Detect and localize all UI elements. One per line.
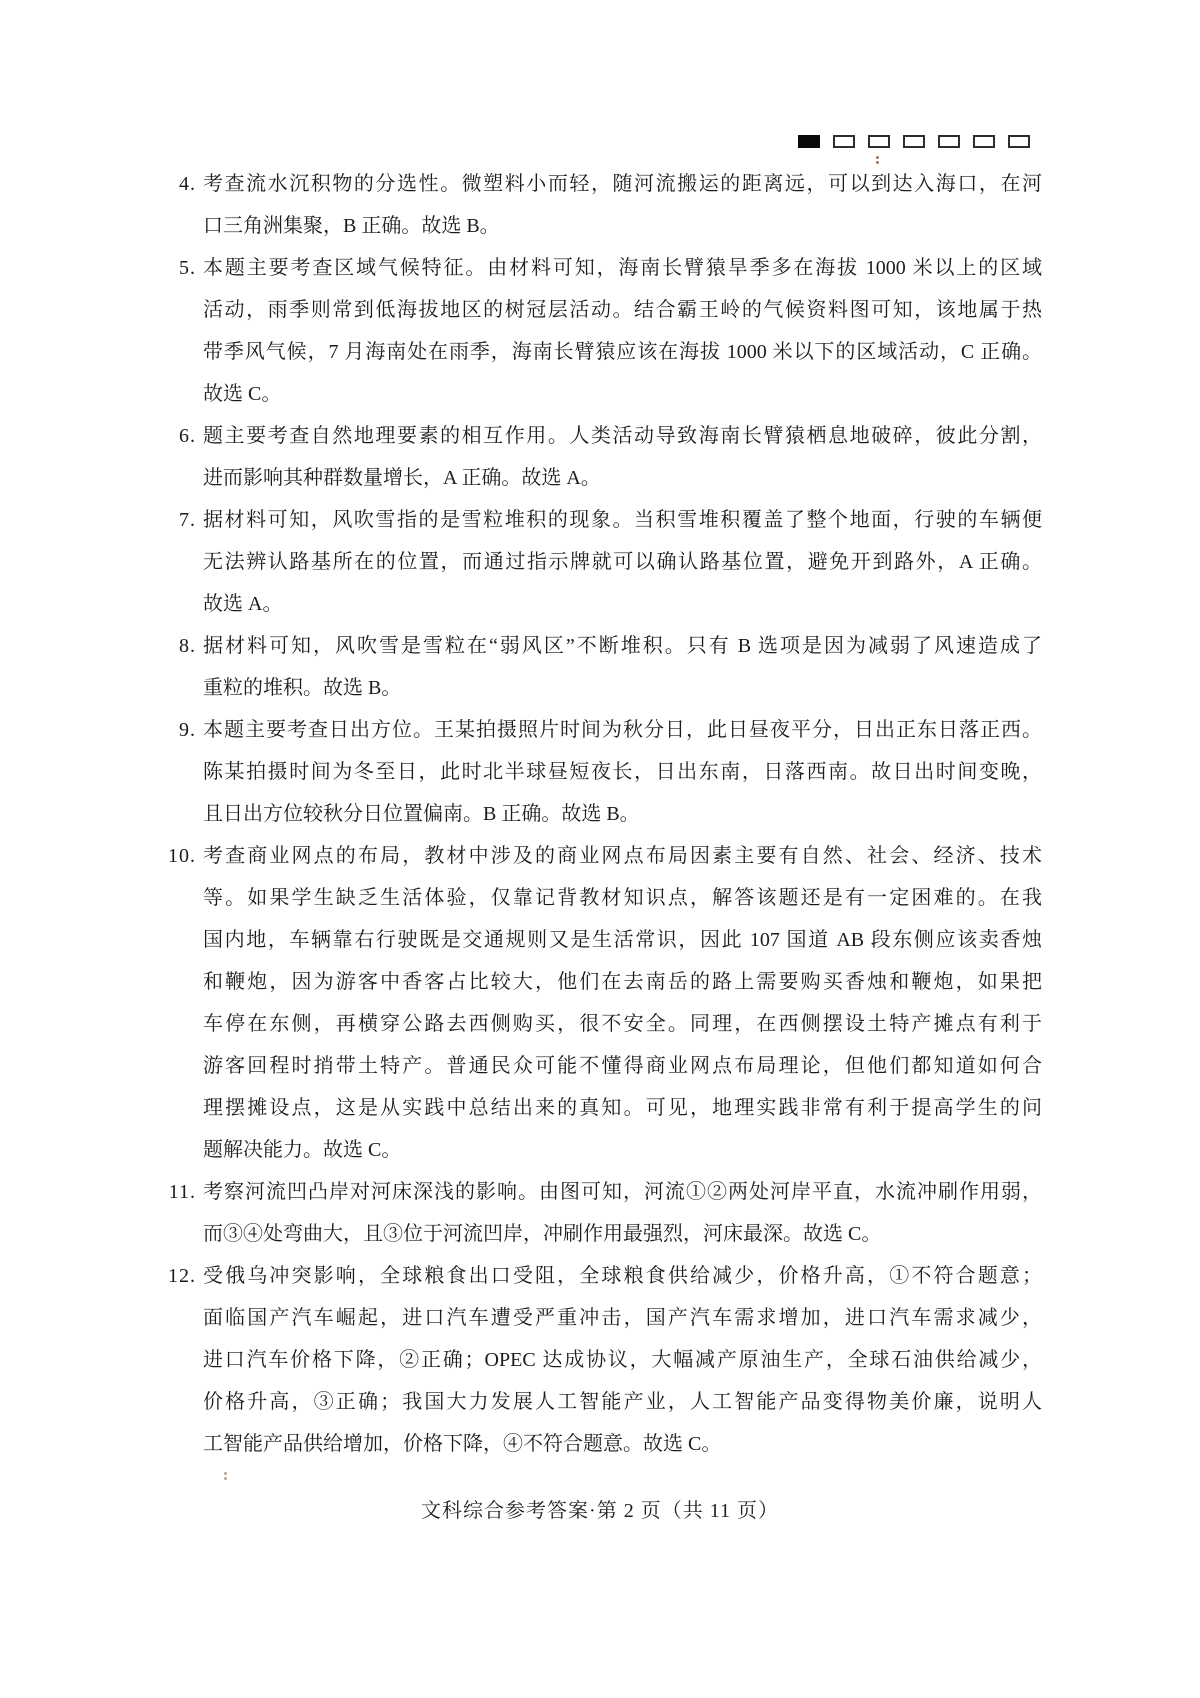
answers-list: 4.考查流水沉积物的分选性。微塑料小而轻，随河流搬运的距离远，可以到达入海口，在… (160, 163, 1042, 1465)
answer-line: 据材料可知，风吹雪是雪粒在“弱风区”不断堆积。只有 B 选项是因为减弱了风速造成… (203, 625, 1042, 667)
registration-square-filled (798, 135, 820, 148)
answer-line: 考察河流凹凸岸对河床深浅的影响。由图可知，河流①②两处河岸平直，水流冲刷作用弱， (203, 1171, 1042, 1213)
answer-line: 面临国产汽车崛起，进口汽车遭受严重冲击，国产汽车需求增加，进口汽车需求减少， (203, 1297, 1042, 1339)
registration-square (903, 135, 925, 148)
answer-number: 11. (160, 1171, 196, 1213)
answer-line: 进而影响其种群数量增长，A 正确。故选 A。 (203, 457, 1042, 499)
scan-artifact (224, 1472, 227, 1480)
answer-number: 4. (160, 163, 196, 205)
answer-line: 而③④处弯曲大，且③位于河流凹岸，冲刷作用最强烈，河床最深。故选 C。 (203, 1213, 1042, 1255)
answer-item: 8.据材料可知，风吹雪是雪粒在“弱风区”不断堆积。只有 B 选项是因为减弱了风速… (160, 625, 1042, 709)
answer-line: 且日出方位较秋分日位置偏南。B 正确。故选 B。 (203, 793, 1042, 835)
answer-line: 陈某拍摄时间为冬至日，此时北半球昼短夜长，日出东南，日落西南。故日出时间变晚， (203, 751, 1042, 793)
answer-line: 活动，雨季则常到低海拔地区的树冠层活动。结合霸王岭的气候资料图可知，该地属于热 (203, 289, 1042, 331)
answer-text: 本题主要考查区域气候特征。由材料可知，海南长臂猿旱季多在海拔 1000 米以上的… (203, 247, 1042, 415)
answer-item: 6.题主要考查自然地理要素的相互作用。人类活动导致海南长臂猿栖息地破碎，彼此分割… (160, 415, 1042, 499)
answer-line: 故选 A。 (203, 583, 1042, 625)
answer-line: 和鞭炮，因为游客中香客占比较大，他们在去南岳的路上需要购买香烛和鞭炮，如果把 (203, 961, 1042, 1003)
registration-square (973, 135, 995, 148)
page-footer: 文科综合参考答案·第 2 页（共 11 页） (0, 1494, 1200, 1523)
registration-square (1008, 135, 1030, 148)
answer-text: 考查商业网点的布局，教材中涉及的商业网点布局因素主要有自然、社会、经济、技术等。… (203, 835, 1042, 1171)
answer-number: 9. (160, 709, 196, 751)
answer-item: 5.本题主要考查区域气候特征。由材料可知，海南长臂猿旱季多在海拔 1000 米以… (160, 247, 1042, 415)
answer-text: 据材料可知，风吹雪是雪粒在“弱风区”不断堆积。只有 B 选项是因为减弱了风速造成… (203, 625, 1042, 709)
answer-item: 7.据材料可知，风吹雪指的是雪粒堆积的现象。当积雪堆积覆盖了整个地面，行驶的车辆… (160, 499, 1042, 625)
answer-line: 重粒的堆积。故选 B。 (203, 667, 1042, 709)
answer-line: 故选 C。 (203, 373, 1042, 415)
answer-text: 本题主要考查日出方位。王某拍摄照片时间为秋分日，此日昼夜平分，日出正东日落正西。… (203, 709, 1042, 835)
answer-number: 12. (160, 1255, 196, 1297)
answer-number: 6. (160, 415, 196, 457)
answer-number: 10. (160, 835, 196, 877)
answer-line: 据材料可知，风吹雪指的是雪粒堆积的现象。当积雪堆积覆盖了整个地面，行驶的车辆便 (203, 499, 1042, 541)
answer-item: 10.考查商业网点的布局，教材中涉及的商业网点布局因素主要有自然、社会、经济、技… (160, 835, 1042, 1171)
answer-line: 价格升高，③正确；我国大力发展人工智能产业，人工智能产品变得物美价廉，说明人 (203, 1381, 1042, 1423)
document-page: 4.考查流水沉积物的分选性。微塑料小而轻，随河流搬运的距离远，可以到达入海口，在… (0, 0, 1200, 1698)
answer-line: 国内地，车辆靠右行驶既是交通规则又是生活常识，因此 107 国道 AB 段东侧应… (203, 919, 1042, 961)
registration-square (833, 135, 855, 148)
answer-text: 考查流水沉积物的分选性。微塑料小而轻，随河流搬运的距离远，可以到达入海口，在河口… (203, 163, 1042, 247)
answer-line: 本题主要考查日出方位。王某拍摄照片时间为秋分日，此日昼夜平分，日出正东日落正西。 (203, 709, 1042, 751)
answer-line: 题主要考查自然地理要素的相互作用。人类活动导致海南长臂猿栖息地破碎，彼此分割， (203, 415, 1042, 457)
answer-text: 据材料可知，风吹雪指的是雪粒堆积的现象。当积雪堆积覆盖了整个地面，行驶的车辆便无… (203, 499, 1042, 625)
answer-line: 车停在东侧，再横穿公路去西侧购买，很不安全。同理，在西侧摆设土特产摊点有利于 (203, 1003, 1042, 1045)
answer-line: 工智能产品供给增加，价格下降，④不符合题意。故选 C。 (203, 1423, 1042, 1465)
answer-number: 7. (160, 499, 196, 541)
answer-text: 考察河流凹凸岸对河床深浅的影响。由图可知，河流①②两处河岸平直，水流冲刷作用弱，… (203, 1171, 1042, 1255)
answer-text: 题主要考查自然地理要素的相互作用。人类活动导致海南长臂猿栖息地破碎，彼此分割，进… (203, 415, 1042, 499)
answer-line: 口三角洲集聚，B 正确。故选 B。 (203, 205, 1042, 247)
answer-line: 无法辨认路基所在的位置，而通过指示牌就可以确认路基位置，避免开到路外，A 正确。 (203, 541, 1042, 583)
answer-line: 考查流水沉积物的分选性。微塑料小而轻，随河流搬运的距离远，可以到达入海口，在河 (203, 163, 1042, 205)
registration-square (868, 135, 890, 148)
registration-square (938, 135, 960, 148)
answer-item: 12.受俄乌冲突影响，全球粮食出口受阻，全球粮食供给减少，价格升高，①不符合题意… (160, 1255, 1042, 1465)
answer-line: 带季风气候，7 月海南处在雨季，海南长臂猿应该在海拔 1000 米以下的区域活动… (203, 331, 1042, 373)
answer-line: 理摆摊设点，这是从实践中总结出来的真知。可见，地理实践非常有利于提高学生的问 (203, 1087, 1042, 1129)
answer-line: 等。如果学生缺乏生活体验，仅靠记背教材知识点，解答该题还是有一定困难的。在我 (203, 877, 1042, 919)
answer-number: 8. (160, 625, 196, 667)
answer-item: 9.本题主要考查日出方位。王某拍摄照片时间为秋分日，此日昼夜平分，日出正东日落正… (160, 709, 1042, 835)
answer-item: 4.考查流水沉积物的分选性。微塑料小而轻，随河流搬运的距离远，可以到达入海口，在… (160, 163, 1042, 247)
answer-number: 5. (160, 247, 196, 289)
answer-line: 游客回程时捎带土特产。普通民众可能不懂得商业网点布局理论，但他们都知道如何合 (203, 1045, 1042, 1087)
answer-line: 本题主要考查区域气候特征。由材料可知，海南长臂猿旱季多在海拔 1000 米以上的… (203, 247, 1042, 289)
answer-line: 进口汽车价格下降，②正确；OPEC 达成协议，大幅减产原油生产，全球石油供给减少… (203, 1339, 1042, 1381)
answer-line: 考查商业网点的布局，教材中涉及的商业网点布局因素主要有自然、社会、经济、技术 (203, 835, 1042, 877)
answer-item: 11.考察河流凹凸岸对河床深浅的影响。由图可知，河流①②两处河岸平直，水流冲刷作… (160, 1171, 1042, 1255)
registration-marks (798, 135, 1030, 148)
answer-text: 受俄乌冲突影响，全球粮食出口受阻，全球粮食供给减少，价格升高，①不符合题意；面临… (203, 1255, 1042, 1465)
answer-line: 受俄乌冲突影响，全球粮食出口受阻，全球粮食供给减少，价格升高，①不符合题意； (203, 1255, 1042, 1297)
answer-line: 题解决能力。故选 C。 (203, 1129, 1042, 1171)
